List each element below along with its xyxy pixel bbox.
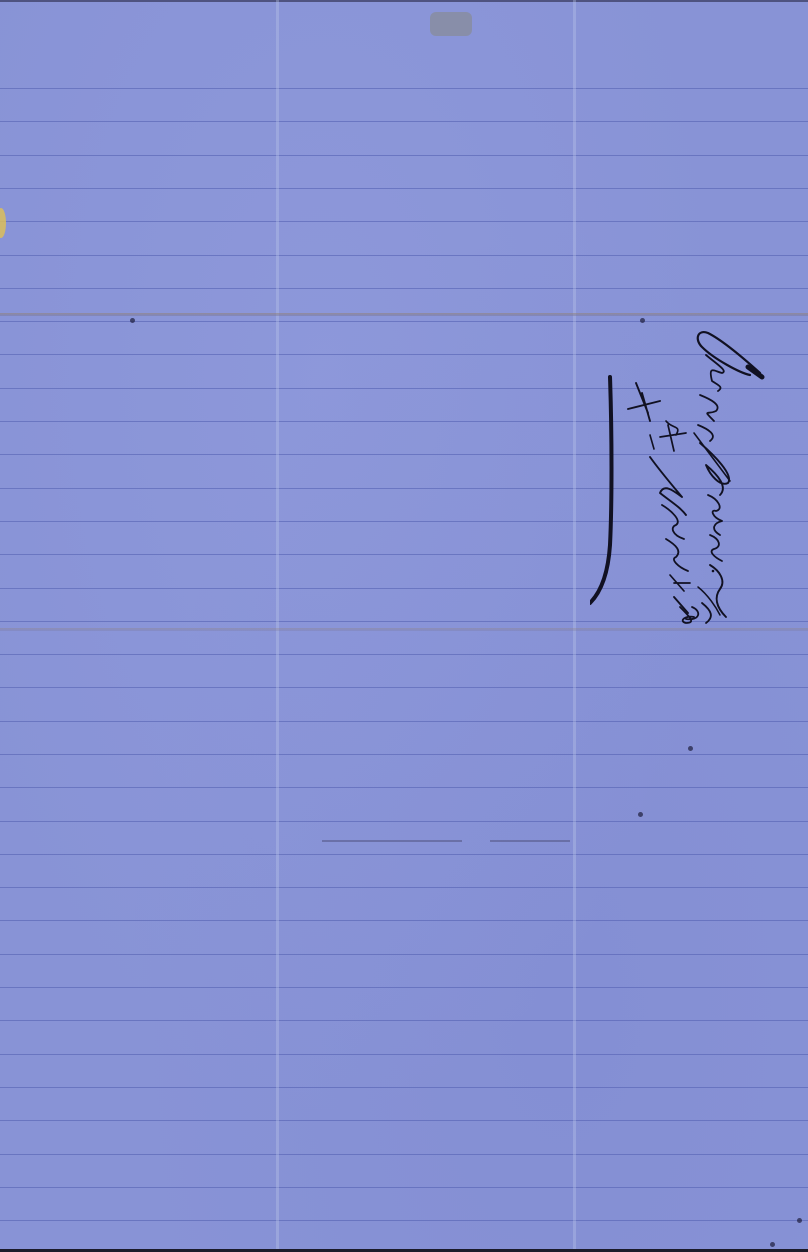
ink-speck	[688, 746, 693, 751]
ruled-line	[0, 721, 808, 722]
ruled-lines	[0, 0, 808, 1252]
faint-ink-mark	[322, 840, 462, 842]
ruled-line	[0, 1054, 808, 1055]
ruled-line	[0, 121, 808, 122]
docket-annotation: George Browning 4th March 1867	[590, 325, 770, 625]
ruled-line	[0, 854, 808, 855]
vertical-fold-right	[573, 0, 576, 1252]
ruled-line	[0, 821, 808, 822]
ruled-line	[0, 954, 808, 955]
ruled-line	[0, 321, 808, 322]
ruled-line	[0, 887, 808, 888]
ruled-line	[0, 920, 808, 921]
ruled-line	[0, 987, 808, 988]
ruled-line	[0, 1220, 808, 1221]
ruled-line	[0, 1087, 808, 1088]
ruled-line	[0, 255, 808, 256]
letter-sheet: George Browning 4th March 1867	[0, 0, 808, 1252]
ruled-line	[0, 88, 808, 89]
ruled-line	[0, 654, 808, 655]
horizontal-fold-lower	[0, 628, 808, 631]
ink-speck	[640, 318, 645, 323]
horizontal-fold-upper	[0, 313, 808, 316]
ink-speck	[770, 1242, 775, 1247]
ink-speck	[797, 1218, 802, 1223]
ink-speck	[638, 812, 643, 817]
ruled-line	[0, 1154, 808, 1155]
handwriting-strokes	[590, 325, 770, 625]
vertical-fold-left	[276, 0, 279, 1252]
ruled-line	[0, 754, 808, 755]
ruled-line	[0, 1187, 808, 1188]
ruled-line	[0, 1020, 808, 1021]
ruled-line	[0, 1120, 808, 1121]
ruled-line	[0, 288, 808, 289]
ruled-line	[0, 687, 808, 688]
ink-speck	[130, 318, 135, 323]
faint-ink-mark	[490, 840, 570, 842]
paper-tab-mark	[430, 12, 472, 36]
ruled-line	[0, 188, 808, 189]
ruled-line	[0, 155, 808, 156]
ruled-line	[0, 787, 808, 788]
ruled-line	[0, 221, 808, 222]
